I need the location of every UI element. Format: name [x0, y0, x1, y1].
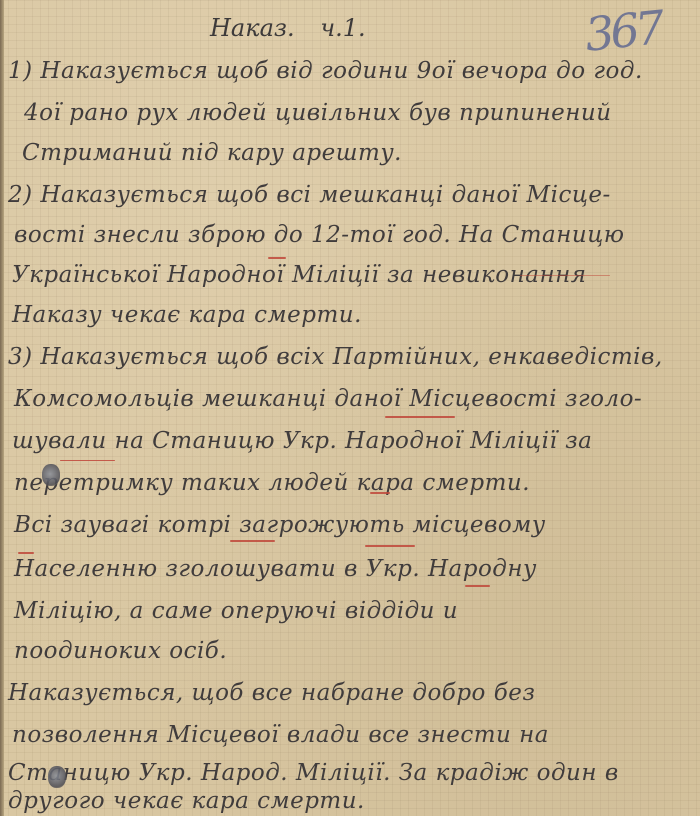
document-title: Наказ. ч.1. [210, 14, 366, 42]
red-correction-mark [268, 257, 286, 259]
red-correction-mark [520, 275, 610, 276]
text-line-10: шували на Станицю Укр. Народної Міліції … [12, 428, 592, 454]
red-correction-mark [465, 585, 490, 587]
text-line-6: Української Народної Міліції за невикона… [12, 262, 587, 288]
text-line-9: Комсомольців мешканці даної Місцевості з… [14, 386, 642, 412]
red-correction-mark [230, 540, 275, 542]
text-line-13: Населенню зголошувати в Укр. Народну [14, 556, 537, 582]
text-line-18: Станицю Укр. Народ. Міліції. За крадіж о… [8, 760, 619, 786]
text-line-11: перетримку таких людей кара смерти. [14, 470, 530, 496]
red-correction-mark [370, 492, 390, 494]
red-correction-mark [18, 552, 34, 554]
punch-hole [42, 464, 60, 486]
text-line-7: Наказу чекає кара смерти. [12, 302, 362, 328]
punch-hole [48, 766, 66, 788]
text-line-4: 2) Наказується щоб всі мешканці даної Мі… [8, 182, 611, 208]
text-line-5: вості знесли зброю до 12-тої год. На Ста… [14, 222, 625, 248]
document-page: 367 Наказ. ч.1. 1) Наказується щоб від г… [0, 0, 700, 816]
text-line-19: другого чекає кара смерти. [8, 788, 365, 814]
red-correction-mark [365, 545, 415, 547]
page-edge [0, 0, 4, 816]
text-line-17: позволення Місцевої влади все знести на [12, 722, 549, 748]
text-line-8: 3) Наказується щоб всіх Партійних, енкав… [8, 344, 663, 370]
text-line-16: Наказується, щоб все набране добро без [8, 680, 535, 706]
text-line-15: поодиноких осіб. [14, 638, 227, 664]
text-line-1: 1) Наказується щоб від години 9ої вечора… [8, 58, 643, 84]
text-line-3: Стриманий під кару арешту. [22, 140, 402, 166]
red-correction-mark [60, 460, 115, 461]
red-correction-mark [385, 416, 455, 418]
text-line-2: 4ої рано рух людей цивільних був припине… [24, 100, 612, 126]
text-line-12: Всі заувагі котрі загрожують місцевому [14, 512, 546, 538]
archive-folio-number: 367 [582, 0, 663, 62]
text-line-14: Міліцію, а саме оперуючі віддіди и [14, 598, 458, 624]
